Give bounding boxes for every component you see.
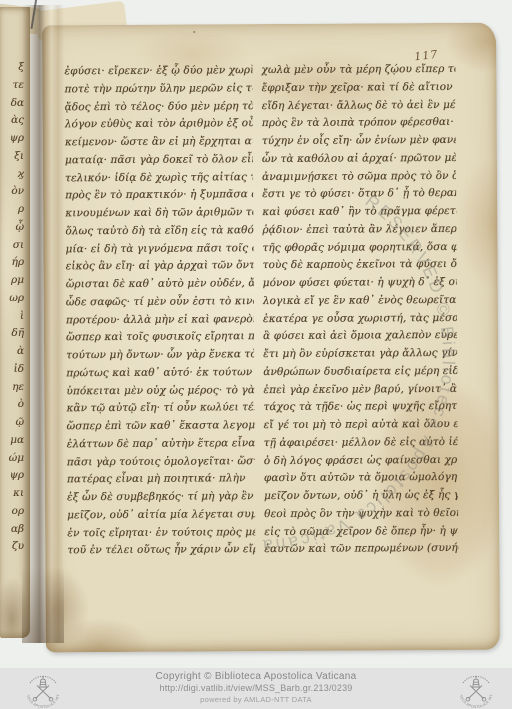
footer-text-block: Copyright © Biblioteca Apostolica Vatica… [0, 671, 512, 704]
manuscript-line: τελικόν· ἰδίᾳ δὲ χωρὶς τῆς αἰτίας τοῦ [65, 169, 253, 188]
manuscript-line: ἐλάττων δὲ παρ᾽ αὐτὴν ἕτερα εἶναι δεῖ [67, 435, 255, 454]
facing-line-fragment: ῷ [0, 414, 24, 432]
manuscript-line: εἰκὸς ἂν εἴη· αἱ γὰρ ἀρχαὶ τῶν ὄντων [66, 257, 254, 276]
facing-line-fragment: ρ [0, 201, 24, 219]
manuscript-line: εἰς τὸ σῶμα· χεῖρον δὲ ὅπερ ἦν· ἡ ψυχή [264, 522, 458, 541]
manuscript-line: μεῖζον, οὐδ᾽ αἰτία μία λέγεται συμβεβηκὸ… [67, 506, 255, 525]
manuscript-line: ἔτι μὴ ὂν εὑρίσκεται γὰρ ἄλλως γίνεται [263, 345, 457, 364]
manuscript-line: τῇ ἀφαιρέσει· μέλλον δὲ εἰς αὐτὸ ἰέναι [264, 434, 458, 453]
facing-line-fragment: ψρ [0, 130, 24, 148]
manuscript-page: 117 ἐφύσει· εἴρεκεν· ἐξ ᾧ δύο μὲν χωρὶςπ… [42, 23, 500, 653]
facing-line-fragment: τε [0, 77, 24, 95]
manuscript-line: ἀνθρώπων δυσδιαίρετα εἰς μέρη εἰδῶν [263, 363, 457, 382]
text-column-right: χωλὰ μὲν οὖν τὰ μέρη ζῴου εἴπερ τὸ ἔχονἔ… [261, 61, 458, 559]
footer-band: BIBLIOTECA APOSTOLICA VATICANA BIBLIOTEC… [0, 668, 512, 709]
manuscript-line: ὥσπερ καὶ τοῖς φυσικοῖς εἴρηται πρὸς [66, 328, 254, 347]
manuscript-line: τούτων μὴ ὄντων· ὧν γὰρ ἕνεκα τὸ πᾶν [66, 346, 254, 365]
manuscript-line: χωλὰ μὲν οὖν τὰ μέρη ζῴου εἴπερ τὸ ἔχον [261, 61, 455, 80]
manuscript-line: φασὶν ὅτι αὐτῶν τὰ ὅμοια ὡμολόγηται [264, 469, 458, 488]
manuscript-line: ἃ φύσει καὶ ἀεὶ ὅμοια χαλεπὸν εὑρεῖν ἔτι [263, 327, 457, 346]
manuscript-line: ὑπόκειται μὲν οὐχ ὡς μέρος· τὸ γὰρ ὂν [66, 382, 254, 401]
facing-line-fragment: ϗ [0, 166, 24, 184]
manuscript-line: κείμενον· ὥστε ἂν εἰ μὴ ἔρχηται αὐτὴν [65, 133, 253, 152]
manuscript-line: ὥσπερ ἐπὶ τῶν καθ᾽ ἕκαστα λεγομένων [66, 417, 254, 436]
manuscript-line: ὅλως ταὐτὸ δὴ τὰ εἴδη εἰς τὰ καθόλου [65, 222, 253, 241]
facing-line-fragment: ὸ [0, 396, 24, 414]
manuscript-line: ἐπεὶ γὰρ ἐκεῖνο μὲν βαρύ, γίνοιτ᾽ ἂν ὧδε [263, 380, 457, 399]
manuscript-line: ἑκατέρα γε οὖσα χωριστή, τὰς μέσας γε [263, 309, 457, 328]
facing-line-fragment: ζυ [0, 538, 24, 556]
manuscript-line: πρὸς ἓν τὸ πρακτικόν· ἡ ξυμπᾶσα ἄρα [65, 186, 253, 205]
manuscript-line: εἴδη λέγεται· ἄλλως δὲ τὸ ἀεὶ ἓν μένει κ… [262, 96, 456, 115]
manuscript-line: ᾅδος ἐπὶ τὸ τέλος· δύο μὲν μέρη τὸν [65, 98, 253, 117]
facing-line-fragment: κι [0, 485, 24, 503]
manuscript-line: μία· εἰ δὴ τὰ γιγνόμενα πᾶσι τοῖς οὖσι [65, 240, 253, 259]
manuscript-line: τύχην ἐν οἷς εἴη· ὧν ἐνίων μὲν φανερόν τ… [262, 132, 456, 151]
manuscript-line: ὧδε σαφῶς· τί μὲν οὖν ἐστι τὸ κινοῦν [66, 293, 254, 312]
manuscript-line: καὶ φύσει καθ᾽ ἣν τὸ πρᾶγμα φέρεται καὶ [262, 203, 456, 222]
manuscript-line: ἔστι γε τὸ φύσει· ὅταν δ᾽ ᾖ τὸ θεραπεῦον [262, 185, 456, 204]
manuscript-line: ἐξ ὧν δὲ συμβεβηκός· τί μὴ γὰρ ἓν αὐτό, [67, 488, 255, 507]
manuscript-line: πᾶσι γὰρ τούτοις ὁμολογεῖται· ὥστε [67, 453, 255, 472]
scanned-page-view: ξτεδαὰςψρξιϗὸνρᾧσιήρρμωρὶδῆὰἰδηεὸῷμαώμψρ… [0, 0, 512, 709]
manuscript-line: ἐν τοῖς εἴρηται· ἐν τούτοις πρὸς μέρος· … [67, 524, 255, 543]
manuscript-line: λογικὰ εἴ γε ἓν καθ᾽ ἑνὸς θεωρεῖται (ἐξ … [263, 292, 457, 311]
facing-line-fragment: μα [0, 432, 24, 450]
manuscript-line: ὥρισται δὲ καθ᾽ αὑτὸ μὲν οὐδέν, ἄλλων [66, 275, 254, 294]
manuscript-line: πρὸς ἓν τὰ λοιπὰ τρόπον φέρεσθαι· εἰ μὴ … [262, 114, 456, 133]
facing-line-fragment: ώμ [0, 450, 24, 468]
facing-line-fragment: ωρ [0, 290, 24, 308]
manuscript-line: τοὺς δὲ καρποὺς ἐκεῖνοι τὰ φύσει ὄντα [263, 256, 457, 275]
facing-line-fragment: ὶ [0, 308, 24, 326]
manuscript-line: εἴ γέ τοι μὴ τὸ περὶ αὐτὰ καὶ ὅλου εἰς ἕ… [263, 416, 457, 435]
text-column-left: ἐφύσει· εἴρεκεν· ἐξ ᾧ δύο μὲν χωρὶςποτὲ … [64, 62, 255, 560]
manuscript-line: τῆς φθορᾶς νόμιμα φορητικά, ὅσα φασί [262, 238, 456, 257]
facing-page-text-fragments: ξτεδαὰςψρξιϗὸνρᾧσιήρρμωρὶδῆὰἰδηεὸῷμαώμψρ… [0, 59, 24, 556]
manuscript-line: τάχος τὰ τῇδε· ὡς περὶ ψυχῆς εἴρηται ἄν [263, 398, 457, 417]
facing-line-fragment: ἰδ [0, 361, 24, 379]
facing-line-fragment: σι [0, 237, 24, 255]
manuscript-line: ματαίᾳ· πᾶσι γὰρ δοκεῖ τὸ ὅλον εἶναι τὸ [65, 151, 253, 170]
manuscript-line: μεῖζον ὄντων, οὐδ᾽ ἡ ὕλη ὡς ἐξ ἧς γε [264, 487, 458, 506]
facing-line-fragment: ᾧ [0, 219, 24, 237]
facing-line-fragment: ξι [0, 148, 24, 166]
facing-line-fragment: δῆ [0, 325, 24, 343]
manuscript-line: ῥᾴδιον· ἐπεὶ ταὐτὰ ἂν λέγοιεν ἅπερ οἱ πρ… [262, 221, 456, 240]
manuscript-line: ποτὲ τὴν πρώτην ὕλην μερῶν εἰς τὸ [64, 80, 252, 99]
powered-by-line: powered by AMLAD-NTT DATA [0, 695, 512, 704]
url-line: http://digi.vatlib.it/view/MSS_Barb.gr.2… [0, 683, 512, 693]
manuscript-line: τοῦ ἐν τέλει οὕτως ἦν χάριν ὧν εἴρηται δ… [67, 541, 255, 560]
manuscript-line: ἐφύσει· εἴρεκεν· ἐξ ᾧ δύο μὲν χωρὶς [64, 62, 252, 81]
manuscript-line: λόγον εὐθὺς καὶ τὸν ἀριθμὸν ἐξ οὗπερ [65, 115, 253, 134]
facing-line-fragment: ὸν [0, 183, 24, 201]
manuscript-line: ἑαυτῶν καὶ τῶν πεπρωμένων (συνήθης δή [264, 540, 458, 559]
manuscript-line: κινουμένων καὶ δὴ τῶν ἀριθμῶν τοὺς [65, 204, 253, 223]
manuscript-line: πατέρας εἶναι μὴ ποιητικά· πλὴν [67, 470, 255, 489]
facing-line-fragment: ὰς [0, 112, 24, 130]
facing-line-fragment: ψρ [0, 467, 24, 485]
manuscript-line: πρώτως καὶ καθ᾽ αὑτό· ἐκ τούτων ἄρα [66, 364, 254, 383]
facing-line-fragment: ηε [0, 379, 24, 397]
manuscript-line: ἔφριξαν τὴν χεῖρα· καὶ τί δὲ αἴτιον εἰς … [261, 79, 455, 98]
manuscript-line: μόνον φύσει φύεται· ἡ ψυχὴ δ᾽ ἐξ οὗ καὶ [263, 274, 457, 293]
manuscript-line: ἀναμιμνῄσκει τὸ σῶμα πρὸς τὸ ὂν ὅλως [262, 167, 456, 186]
facing-line-fragment: ορ [0, 503, 24, 521]
manuscript-line: προτέρου· ἀλλὰ μὴν εἰ καὶ φανερὸν ὂν [66, 311, 254, 330]
facing-line-fragment: ὰ [0, 343, 24, 361]
manuscript-line: ὧν τὰ καθόλου αἱ ἀρχαί· πρῶτον μὲν ὅσα [262, 150, 456, 169]
facing-line-fragment: δα [0, 95, 24, 113]
facing-line-fragment: ρμ [0, 272, 24, 290]
facing-line-fragment: αβ [0, 521, 24, 539]
manuscript-line: θεοὶ πρὸς ὃν τὴν ψυχὴν καὶ τὸ θεῖον αὖ [264, 505, 458, 524]
facing-page-edge: ξτεδαὰςψρξιϗὸνρᾧσιήρρμωρὶδῆὰἰδηεὸῷμαώμψρ… [0, 7, 30, 638]
facing-line-fragment: ξ [0, 59, 24, 77]
manuscript-line: κἂν τῷ αὐτῷ εἴη· τί οὖν κωλύει τέλος [66, 399, 254, 418]
copyright-line: Copyright © Biblioteca Apostolica Vatica… [0, 671, 512, 682]
manuscript-line: ὁ δὴ λόγος φράσει ὡς φαίνεσθαι χρή [264, 451, 458, 470]
facing-line-fragment: ήρ [0, 254, 24, 272]
